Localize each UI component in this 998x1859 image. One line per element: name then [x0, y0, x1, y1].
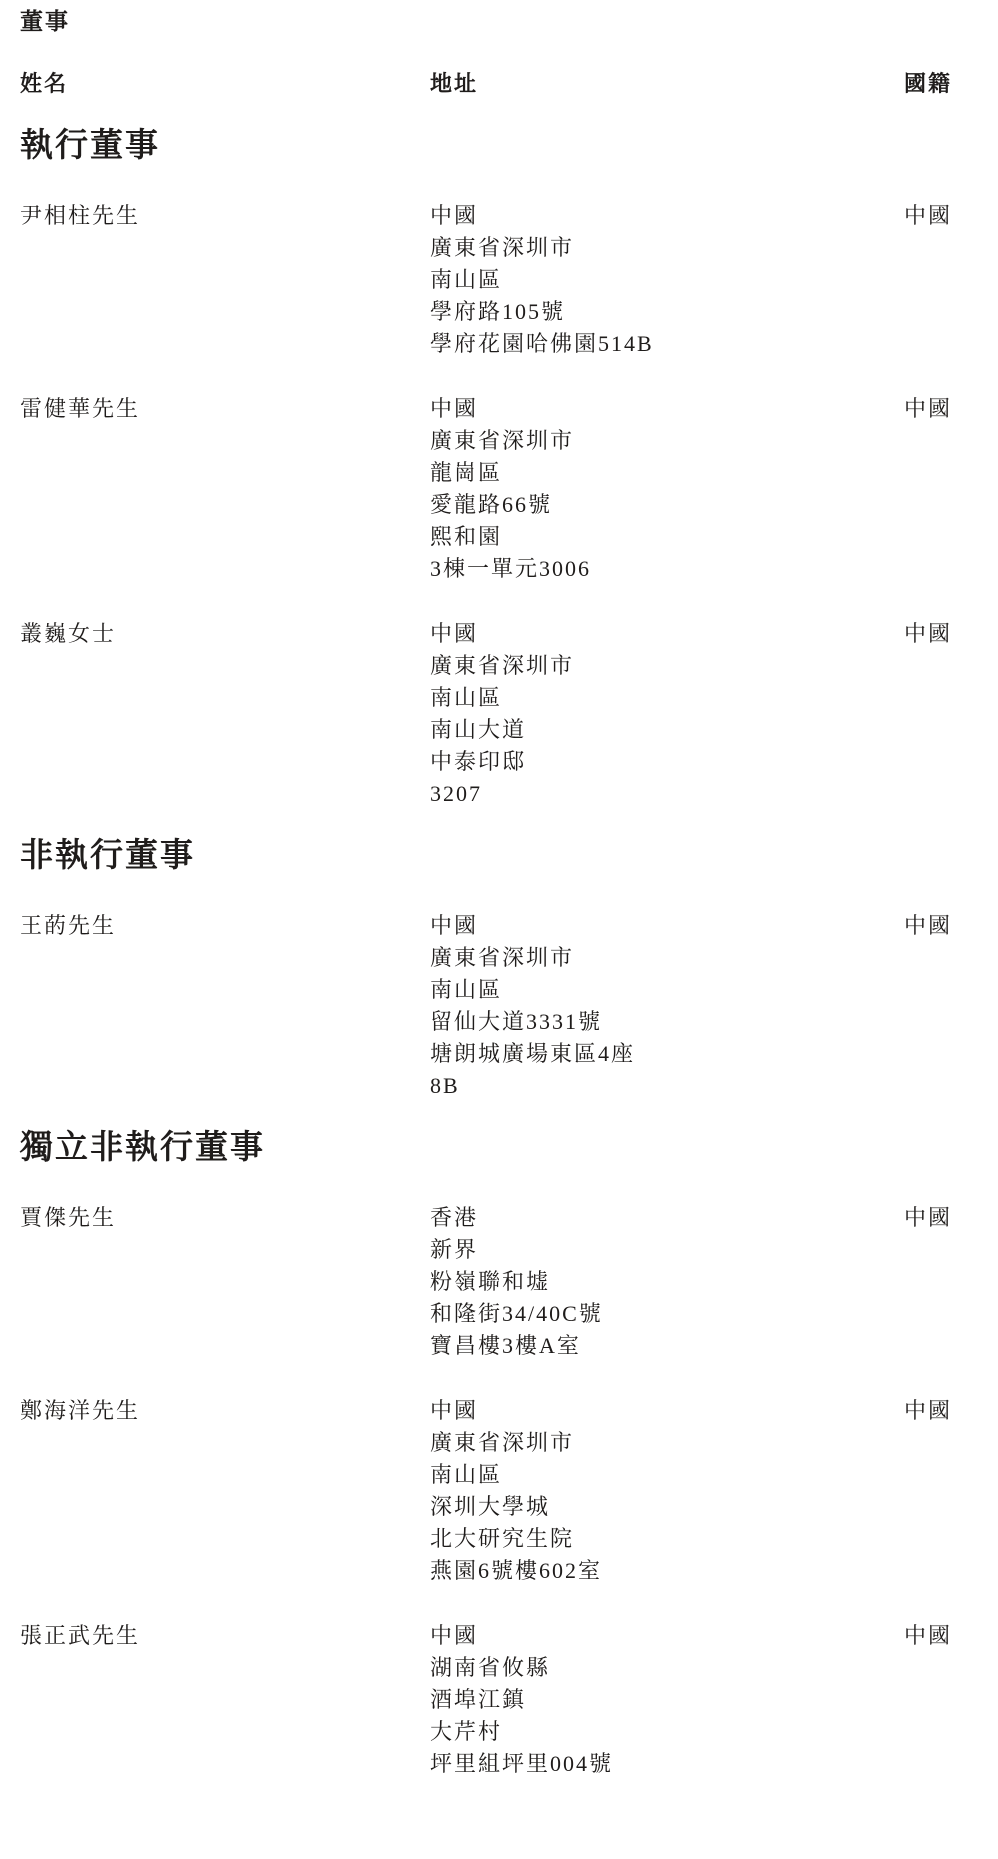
address-line: 愛龍路66號 — [430, 489, 904, 521]
section-rows: 賈傑先生 香港新界粉嶺聯和墟和隆街34/40C號寶昌樓3樓A室 中國 鄭海洋先生… — [20, 1202, 978, 1780]
address-line: 大芹村 — [430, 1716, 904, 1748]
address-line: 廣東省深圳市 — [430, 650, 904, 682]
address-line: 中國 — [430, 910, 904, 942]
director-name: 王菂先生 — [20, 910, 430, 942]
director-section: 非執行董事 王菂先生 中國廣東省深圳市南山區留仙大道3331號塘朗城廣場東區4座… — [20, 840, 978, 1102]
address-line: 坪里組坪里004號 — [430, 1748, 904, 1780]
director-address: 中國廣東省深圳市南山區深圳大學城北大研究生院燕園6號樓602室 — [430, 1395, 904, 1587]
director-address: 中國廣東省深圳市龍崗區愛龍路66號熙和園3棟一單元3006 — [430, 393, 904, 585]
address-line: 酒埠江鎮 — [430, 1684, 904, 1716]
director-name: 尹相柱先生 — [20, 200, 430, 232]
director-nationality: 中國 — [904, 1620, 978, 1652]
column-header-address: 地址 — [430, 68, 904, 100]
director-section: 執行董事 尹相柱先生 中國廣東省深圳市南山區學府路105號學府花園哈佛園514B… — [20, 130, 978, 810]
director-nationality: 中國 — [904, 618, 978, 650]
address-line: 廣東省深圳市 — [430, 942, 904, 974]
section-heading: 執行董事 — [20, 130, 978, 162]
address-line: 中國 — [430, 618, 904, 650]
directors-page: 董事 姓名 地址 國籍 執行董事 尹相柱先生 中國廣東省深圳市南山區學府路105… — [0, 0, 998, 1820]
director-address: 香港新界粉嶺聯和墟和隆街34/40C號寶昌樓3樓A室 — [430, 1202, 904, 1362]
address-line: 南山區 — [430, 682, 904, 714]
column-header-nationality: 國籍 — [904, 68, 978, 100]
director-name: 賈傑先生 — [20, 1202, 430, 1234]
address-line: 燕園6號樓602室 — [430, 1555, 904, 1587]
address-line: 廣東省深圳市 — [430, 1427, 904, 1459]
table-row: 叢巍女士 中國廣東省深圳市南山區南山大道中泰印邸3207 中國 — [20, 618, 978, 810]
address-line: 南山大道 — [430, 714, 904, 746]
address-line: 廣東省深圳市 — [430, 425, 904, 457]
address-line: 中國 — [430, 1620, 904, 1652]
address-line: 粉嶺聯和墟 — [430, 1266, 904, 1298]
table-row: 尹相柱先生 中國廣東省深圳市南山區學府路105號學府花園哈佛園514B 中國 — [20, 200, 978, 360]
director-address: 中國廣東省深圳市南山區學府路105號學府花園哈佛園514B — [430, 200, 904, 360]
address-line: 中國 — [430, 200, 904, 232]
address-line: 新界 — [430, 1234, 904, 1266]
director-name: 張正武先生 — [20, 1620, 430, 1652]
address-line: 3棟一單元3006 — [430, 553, 904, 585]
address-line: 寶昌樓3樓A室 — [430, 1330, 904, 1362]
director-nationality: 中國 — [904, 1395, 978, 1427]
address-line: 中國 — [430, 1395, 904, 1427]
section-rows: 王菂先生 中國廣東省深圳市南山區留仙大道3331號塘朗城廣場東區4座8B 中國 — [20, 910, 978, 1102]
address-line: 學府路105號 — [430, 296, 904, 328]
address-line: 深圳大學城 — [430, 1491, 904, 1523]
director-nationality: 中國 — [904, 910, 978, 942]
director-nationality: 中國 — [904, 393, 978, 425]
table-row: 張正武先生 中國湖南省攸縣酒埠江鎮大芹村坪里組坪里004號 中國 — [20, 1620, 978, 1780]
address-line: 南山區 — [430, 974, 904, 1006]
address-line: 北大研究生院 — [430, 1523, 904, 1555]
address-line: 8B — [430, 1070, 904, 1102]
address-line: 學府花園哈佛園514B — [430, 328, 904, 360]
table-row: 賈傑先生 香港新界粉嶺聯和墟和隆街34/40C號寶昌樓3樓A室 中國 — [20, 1202, 978, 1362]
address-line: 廣東省深圳市 — [430, 232, 904, 264]
table-row: 鄭海洋先生 中國廣東省深圳市南山區深圳大學城北大研究生院燕園6號樓602室 中國 — [20, 1395, 978, 1587]
address-line: 熙和園 — [430, 521, 904, 553]
page-title: 董事 — [20, 6, 978, 38]
director-name: 鄭海洋先生 — [20, 1395, 430, 1427]
address-line: 留仙大道3331號 — [430, 1006, 904, 1038]
address-line: 中泰印邸 — [430, 746, 904, 778]
address-line: 南山區 — [430, 264, 904, 296]
director-address: 中國廣東省深圳市南山區留仙大道3331號塘朗城廣場東區4座8B — [430, 910, 904, 1102]
address-line: 龍崗區 — [430, 457, 904, 489]
table-row: 王菂先生 中國廣東省深圳市南山區留仙大道3331號塘朗城廣場東區4座8B 中國 — [20, 910, 978, 1102]
address-line: 塘朗城廣場東區4座 — [430, 1038, 904, 1070]
director-name: 叢巍女士 — [20, 618, 430, 650]
director-name: 雷健華先生 — [20, 393, 430, 425]
directors-table: 執行董事 尹相柱先生 中國廣東省深圳市南山區學府路105號學府花園哈佛園514B… — [20, 130, 978, 1780]
address-line: 和隆街34/40C號 — [430, 1298, 904, 1330]
address-line: 3207 — [430, 778, 904, 810]
director-address: 中國廣東省深圳市南山區南山大道中泰印邸3207 — [430, 618, 904, 810]
director-section: 獨立非執行董事 賈傑先生 香港新界粉嶺聯和墟和隆街34/40C號寶昌樓3樓A室 … — [20, 1132, 978, 1780]
column-header-name: 姓名 — [20, 68, 430, 100]
director-nationality: 中國 — [904, 1202, 978, 1234]
section-rows: 尹相柱先生 中國廣東省深圳市南山區學府路105號學府花園哈佛園514B 中國 雷… — [20, 200, 978, 810]
address-line: 中國 — [430, 393, 904, 425]
column-header-row: 姓名 地址 國籍 — [20, 68, 978, 100]
section-heading: 非執行董事 — [20, 840, 978, 872]
table-row: 雷健華先生 中國廣東省深圳市龍崗區愛龍路66號熙和園3棟一單元3006 中國 — [20, 393, 978, 585]
director-address: 中國湖南省攸縣酒埠江鎮大芹村坪里組坪里004號 — [430, 1620, 904, 1780]
section-heading: 獨立非執行董事 — [20, 1132, 978, 1164]
address-line: 香港 — [430, 1202, 904, 1234]
address-line: 南山區 — [430, 1459, 904, 1491]
address-line: 湖南省攸縣 — [430, 1652, 904, 1684]
director-nationality: 中國 — [904, 200, 978, 232]
